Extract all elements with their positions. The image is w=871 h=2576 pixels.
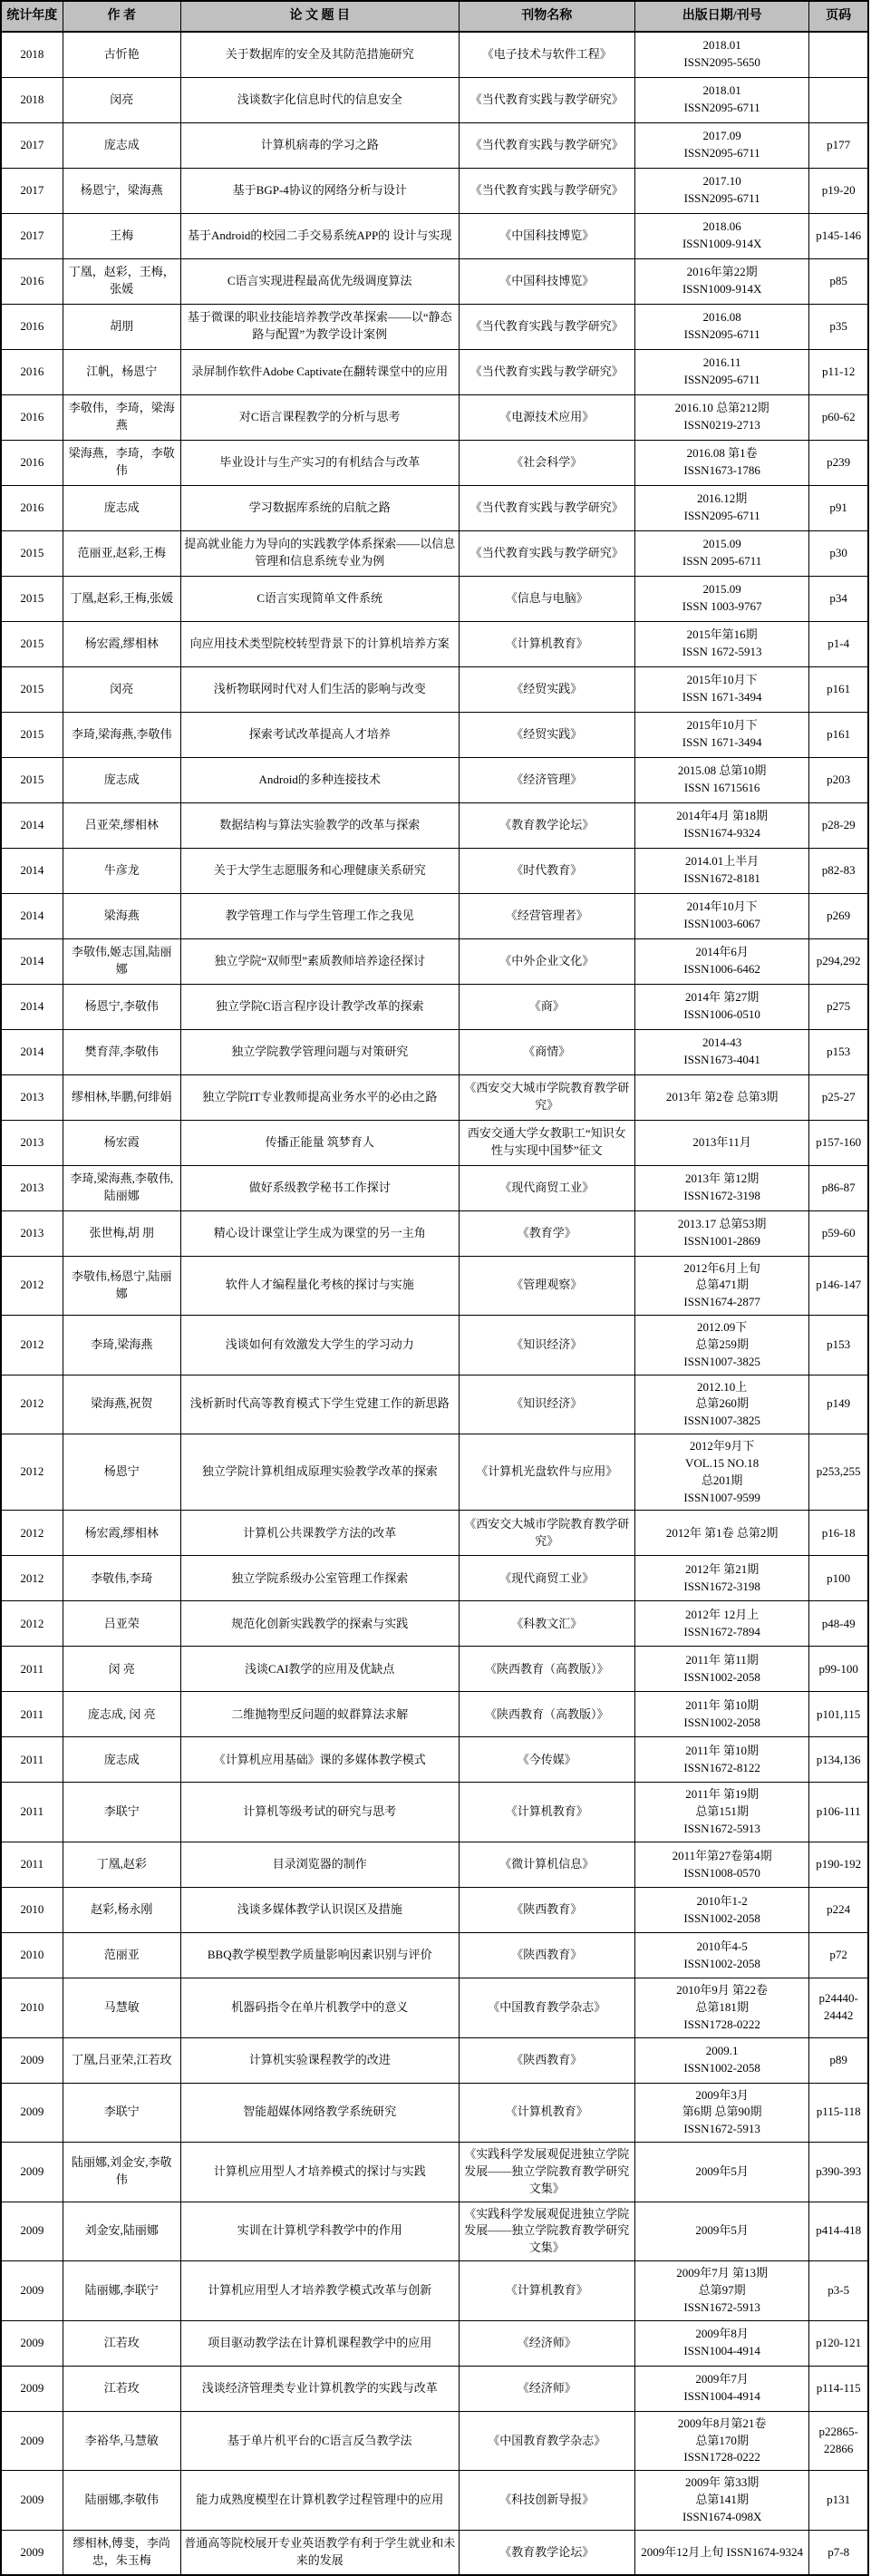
table-row: 2012 吕亚荣 规范化创新实践教学的探索与实践 《科教文汇》 2012年 12… <box>1 1601 868 1647</box>
cell-pubdate: 2015.09 ISSN 2095-6711 <box>634 530 808 576</box>
table-row: 2014 吕亚荣,缪相林 数据结构与算法实验教学的改革与探索 《教育教学论坛》 … <box>1 802 868 848</box>
cell-authors: 王梅 <box>63 213 180 258</box>
cell-title: 对C语言课程教学的分析与思考 <box>180 394 459 440</box>
cell-pubdate: 2009年8月第21卷 总第170期 ISSN1728-0222 <box>634 2411 808 2471</box>
cell-authors: 范丽亚,赵彩,王梅 <box>63 530 180 576</box>
table-row: 2009 江若玫 浅谈经济管理类专业计算机教学的实践与改革 《经济师》 2009… <box>1 2366 868 2411</box>
cell-title: C语言实现进程最高优先级调度算法 <box>180 258 459 304</box>
cell-authors: 闵亮 <box>63 77 180 122</box>
cell-title: 计算机等级考试的研究与思考 <box>180 1783 459 1842</box>
cell-pages: p203 <box>809 757 868 802</box>
cell-title: 能力成熟度模型在计算机教学过程管理中的应用 <box>180 2471 459 2531</box>
cell-pages: p153 <box>809 1029 868 1074</box>
cell-title: 浅谈CAI教学的应用及优缺点 <box>180 1647 459 1692</box>
cell-year: 2010 <box>1 1933 63 1978</box>
cell-year: 2010 <box>1 1888 63 1933</box>
cell-authors: 杨恩宁,李敬伟 <box>63 984 180 1029</box>
cell-journal: 《当代教育实践与教学研究》 <box>459 485 634 530</box>
cell-title: 浅析物联网时代对人们生活的影响与改变 <box>180 666 459 712</box>
cell-title: 教学管理工作与学生管理工作之我见 <box>180 893 459 938</box>
cell-year: 2011 <box>1 1842 63 1888</box>
cell-pubdate: 2016.08 第1卷 ISSN1673-1786 <box>634 440 808 485</box>
cell-authors: 张世梅,胡 朋 <box>63 1210 180 1256</box>
cell-year: 2016 <box>1 304 63 349</box>
cell-journal: 《中国科技博览》 <box>459 213 634 258</box>
table-row: 2015 闵亮 浅析物联网时代对人们生活的影响与改变 《经贸实践》 2015年1… <box>1 666 868 712</box>
cell-pubdate: 2015年第16期 ISSN 1672-5913 <box>634 621 808 666</box>
table-row: 2009 陆丽娜,刘金安,李敬伟 计算机应用型人才培养模式的探讨与实践 《实践科… <box>1 2143 868 2202</box>
cell-year: 2012 <box>1 1511 63 1556</box>
table-row: 2010 马慧敏 机器码指令在单片机教学中的意义 《中国教育教学杂志》 2010… <box>1 1978 868 2038</box>
cell-pubdate: 2011年 第11期 ISSN1002-2058 <box>634 1647 808 1692</box>
cell-pubdate: 2011年 第10期 ISSN1002-2058 <box>634 1692 808 1737</box>
cell-journal: 《当代教育实践与教学研究》 <box>459 122 634 168</box>
cell-title: 独立学院计算机组成原理实验教学改革的探索 <box>180 1434 459 1511</box>
cell-title: 基于Android的校园二手交易系统APP的 设计与实现 <box>180 213 459 258</box>
cell-journal: 《商》 <box>459 984 634 1029</box>
cell-title: 智能超媒体网络教学系统研究 <box>180 2083 459 2143</box>
column-header-journal: 刊物名称 <box>459 1 634 32</box>
cell-year: 2013 <box>1 1120 63 1165</box>
cell-journal: 《陕西教育》 <box>459 2037 634 2083</box>
cell-authors: 陆丽娜,李敬伟 <box>63 2471 180 2531</box>
cell-authors: 杨宏霞,缪相林 <box>63 1511 180 1556</box>
cell-journal: 《西安交大城市学院教育教学研究》 <box>459 1074 634 1120</box>
cell-authors: 牛彦龙 <box>63 848 180 893</box>
cell-title: 浅析新时代高等教育模式下学生党建工作的新思路 <box>180 1375 459 1434</box>
cell-title: 提高就业能力为导向的实践教学体系探索——以信息管理和信息系统专业为例 <box>180 530 459 576</box>
cell-journal: 《电子技术与软件工程》 <box>459 32 634 77</box>
cell-journal: 《经营管理者》 <box>459 893 634 938</box>
cell-title: 独立学院C语言程序设计教学改革的探索 <box>180 984 459 1029</box>
cell-year: 2016 <box>1 258 63 304</box>
cell-title: 软件人才编程量化考核的探讨与实施 <box>180 1256 459 1316</box>
cell-journal: 《知识经济》 <box>459 1375 634 1434</box>
cell-title: 目录浏览器的制作 <box>180 1842 459 1888</box>
cell-pubdate: 2009.1 ISSN1002-2058 <box>634 2037 808 2083</box>
cell-authors: 梁海燕,祝贺 <box>63 1375 180 1434</box>
cell-pubdate: 2017.10 ISSN2095-6711 <box>634 168 808 213</box>
cell-year: 2018 <box>1 32 63 77</box>
cell-pages: p269 <box>809 893 868 938</box>
cell-journal: 《今传媒》 <box>459 1737 634 1783</box>
cell-pubdate: 2012.09下 总第259期 ISSN1007-3825 <box>634 1316 808 1375</box>
cell-pubdate: 2018.06 ISSN1009-914X <box>634 213 808 258</box>
cell-year: 2016 <box>1 485 63 530</box>
cell-title: 录屏制作软件Adobe Captivate在翻转课堂中的应用 <box>180 349 459 394</box>
cell-pubdate: 2012年6月上旬 总第471期 ISSN1674-2877 <box>634 1256 808 1316</box>
cell-pages: p177 <box>809 122 868 168</box>
table-row: 2014 李敬伟,姬志国,陆丽娜 独立学院“双师型”素质教师培养途径探讨 《中外… <box>1 938 868 984</box>
table-row: 2011 闵 亮 浅谈CAI教学的应用及优缺点 《陕西教育（高教版）》 2011… <box>1 1647 868 1692</box>
cell-pages <box>809 77 868 122</box>
cell-pages: p190-192 <box>809 1842 868 1888</box>
cell-pages: p145-146 <box>809 213 868 258</box>
cell-pages: p82-83 <box>809 848 868 893</box>
cell-authors: 丁凰,赵彩 <box>63 1842 180 1888</box>
cell-authors: 胡朋 <box>63 304 180 349</box>
cell-pubdate: 2018.01 ISSN2095-5650 <box>634 32 808 77</box>
cell-pages: p25-27 <box>809 1074 868 1120</box>
table-body: 2018 古忻艳 关于数据库的安全及其防范措施研究 《电子技术与软件工程》 20… <box>1 32 868 2575</box>
cell-pubdate: 2013年11月 <box>634 1120 808 1165</box>
table-row: 2016 梁海燕，李琦，李敬伟 毕业设计与生产实习的有机结合与改革 《社会科学》… <box>1 440 868 485</box>
cell-pages: p153 <box>809 1316 868 1375</box>
cell-year: 2016 <box>1 349 63 394</box>
cell-journal: 《计算机教育》 <box>459 2083 634 2143</box>
table-row: 2009 江若玫 项目驱动教学法在计算机课程教学中的应用 《经济师》 2009年… <box>1 2320 868 2366</box>
cell-journal: 《教育教学论坛》 <box>459 802 634 848</box>
cell-pages: p275 <box>809 984 868 1029</box>
cell-journal: 《陕西教育（高教版）》 <box>459 1692 634 1737</box>
cell-journal: 《科教文汇》 <box>459 1601 634 1647</box>
cell-pubdate: 2009年7月 第13期 总第97期 ISSN1672-5913 <box>634 2261 808 2321</box>
cell-journal: 《陕西教育》 <box>459 1888 634 1933</box>
cell-year: 2009 <box>1 2143 63 2202</box>
cell-year: 2014 <box>1 984 63 1029</box>
cell-journal: 《中国教育教学杂志》 <box>459 1978 634 2038</box>
cell-pages: p91 <box>809 485 868 530</box>
table-row: 2009 丁凰,吕亚荣,江若玫 计算机实验课程教学的改进 《陕西教育》 2009… <box>1 2037 868 2083</box>
cell-title: BBQ教学模型教学质量影响因素识别与评价 <box>180 1933 459 1978</box>
cell-pubdate: 2016.11 ISSN2095-6711 <box>634 349 808 394</box>
cell-title: C语言实现简单文件系统 <box>180 576 459 621</box>
cell-title: 二维抛物型反问题的蚁群算法求解 <box>180 1692 459 1737</box>
table-row: 2013 张世梅,胡 朋 精心设计课堂让学生成为课堂的另一主角 《教育学》 20… <box>1 1210 868 1256</box>
cell-authors: 庞志成 <box>63 122 180 168</box>
table-row: 2017 王梅 基于Android的校园二手交易系统APP的 设计与实现 《中国… <box>1 213 868 258</box>
cell-title: Android的多种连接技术 <box>180 757 459 802</box>
cell-title: 计算机病毒的学习之路 <box>180 122 459 168</box>
cell-journal: 《计算机光盘软件与应用》 <box>459 1434 634 1511</box>
cell-title: 独立学院教学管理问题与对策研究 <box>180 1029 459 1074</box>
cell-year: 2014 <box>1 938 63 984</box>
cell-year: 2013 <box>1 1210 63 1256</box>
table-row: 2010 范丽亚 BBQ教学模型教学质量影响因素识别与评价 《陕西教育》 201… <box>1 1933 868 1978</box>
table-row: 2017 杨恩宁，梁海燕 基于BGP-4协议的网络分析与设计 《当代教育实践与教… <box>1 168 868 213</box>
cell-title: 独立学院IT专业教师提高业务水平的必由之路 <box>180 1074 459 1120</box>
table-row: 2014 梁海燕 教学管理工作与学生管理工作之我见 《经营管理者》 2014年1… <box>1 893 868 938</box>
cell-pubdate: 2013年 第2卷 总第3期 <box>634 1074 808 1120</box>
cell-authors: 古忻艳 <box>63 32 180 77</box>
cell-year: 2009 <box>1 2530 63 2575</box>
cell-year: 2014 <box>1 893 63 938</box>
cell-pubdate: 2018.01 ISSN2095-6711 <box>634 77 808 122</box>
cell-title: 关于大学生志愿服务和心理健康关系研究 <box>180 848 459 893</box>
cell-authors: 闵 亮 <box>63 1647 180 1692</box>
cell-year: 2014 <box>1 1029 63 1074</box>
table-row: 2011 庞志成, 闵 亮 二维抛物型反问题的蚁群算法求解 《陕西教育（高教版）… <box>1 1692 868 1737</box>
cell-year: 2015 <box>1 712 63 757</box>
cell-authors: 刘金安,陆丽娜 <box>63 2202 180 2261</box>
cell-journal: 《实践科学发展观促进独立学院发展——独立学院教育教学研究文集》 <box>459 2143 634 2202</box>
cell-journal: 《教育学》 <box>459 1210 634 1256</box>
cell-title: 计算机应用型人才培养模式的探讨与实践 <box>180 2143 459 2202</box>
cell-authors: 杨宏霞 <box>63 1120 180 1165</box>
cell-pubdate: 2009年5月 <box>634 2143 808 2202</box>
cell-year: 2009 <box>1 2366 63 2411</box>
cell-pubdate: 2010年4-5 ISSN1002-2058 <box>634 1933 808 1978</box>
cell-year: 2017 <box>1 168 63 213</box>
cell-year: 2015 <box>1 576 63 621</box>
cell-journal: 《经贸实践》 <box>459 712 634 757</box>
cell-pages: p35 <box>809 304 868 349</box>
cell-pubdate: 2012年9月下 VOL.15 NO.18 总201期 ISSN1007-959… <box>634 1434 808 1511</box>
cell-pages: p390-393 <box>809 2143 868 2202</box>
cell-journal: 《中国教育教学杂志》 <box>459 2411 634 2471</box>
cell-pubdate: 2009年8月 ISSN1004-4914 <box>634 2320 808 2366</box>
cell-authors: 李裕华,马慧敏 <box>63 2411 180 2471</box>
cell-title: 毕业设计与生产实习的有机结合与改革 <box>180 440 459 485</box>
table-row: 2014 杨恩宁,李敬伟 独立学院C语言程序设计教学改革的探索 《商》 2014… <box>1 984 868 1029</box>
column-header-authors: 作 者 <box>63 1 180 32</box>
cell-title: 计算机公共课教学方法的改革 <box>180 1511 459 1556</box>
table-row: 2015 杨宏霞,缪相林 向应用技术类型院校转型背景下的计算机培养方案 《计算机… <box>1 621 868 666</box>
table-row: 2012 李敬伟,李琦 独立学院系级办公室管理工作探索 《现代商贸工业》 201… <box>1 1556 868 1601</box>
cell-pubdate: 2010年1-2 ISSN1002-2058 <box>634 1888 808 1933</box>
cell-year: 2009 <box>1 2037 63 2083</box>
cell-year: 2012 <box>1 1556 63 1601</box>
cell-pages: p7-8 <box>809 2530 868 2575</box>
cell-journal: 《现代商贸工业》 <box>459 1556 634 1601</box>
cell-pages: p106-111 <box>809 1783 868 1842</box>
cell-title: 计算机实验课程教学的改进 <box>180 2037 459 2083</box>
cell-pages: p24440-24442 <box>809 1978 868 2038</box>
table-row: 2014 樊育萍,李敬伟 独立学院教学管理问题与对策研究 《商情》 2014-4… <box>1 1029 868 1074</box>
cell-year: 2011 <box>1 1647 63 1692</box>
cell-year: 2013 <box>1 1074 63 1120</box>
cell-authors: 李敬伟，李琦，梁海燕 <box>63 394 180 440</box>
cell-journal: 《经济师》 <box>459 2320 634 2366</box>
cell-journal: 西安交通大学女教职工“知识女性与实现中国梦”征文 <box>459 1120 634 1165</box>
cell-pages <box>809 32 868 77</box>
cell-journal: 《陕西教育（高教版）》 <box>459 1647 634 1692</box>
cell-year: 2015 <box>1 666 63 712</box>
cell-title: 数据结构与算法实验教学的改革与探索 <box>180 802 459 848</box>
cell-journal: 《中外企业文化》 <box>459 938 634 984</box>
cell-year: 2016 <box>1 440 63 485</box>
cell-authors: 李联宁 <box>63 2083 180 2143</box>
table-row: 2010 赵彩,杨永刚 浅谈多媒体教学认识误区及措施 《陕西教育》 2010年1… <box>1 1888 868 1933</box>
cell-authors: 丁凰，赵彩，王梅，张媛 <box>63 258 180 304</box>
cell-journal: 《微计算机信息》 <box>459 1842 634 1888</box>
cell-authors: 李敬伟,李琦 <box>63 1556 180 1601</box>
cell-authors: 吕亚荣,缪相林 <box>63 802 180 848</box>
cell-journal: 《经贸实践》 <box>459 666 634 712</box>
cell-pages: p99-100 <box>809 1647 868 1692</box>
cell-pages: p22865-22866 <box>809 2411 868 2471</box>
cell-journal: 《计算机教育》 <box>459 621 634 666</box>
cell-year: 2012 <box>1 1316 63 1375</box>
table-row: 2012 杨恩宁 独立学院计算机组成原理实验教学改革的探索 《计算机光盘软件与应… <box>1 1434 868 1511</box>
cell-pages: p294,292 <box>809 938 868 984</box>
cell-pages: p161 <box>809 712 868 757</box>
cell-year: 2014 <box>1 848 63 893</box>
cell-pages: p149 <box>809 1375 868 1434</box>
cell-pubdate: 2016.08 ISSN2095-6711 <box>634 304 808 349</box>
cell-authors: 樊育萍,李敬伟 <box>63 1029 180 1074</box>
table-row: 2015 庞志成 Android的多种连接技术 《经济管理》 2015.08 总… <box>1 757 868 802</box>
cell-authors: 杨恩宁，梁海燕 <box>63 168 180 213</box>
cell-pubdate: 2012年 第1卷 总第2期 <box>634 1511 808 1556</box>
cell-authors: 庞志成, 闵 亮 <box>63 1692 180 1737</box>
cell-year: 2015 <box>1 757 63 802</box>
column-header-year: 统计年度 <box>1 1 63 32</box>
header-row: 统计年度 作 者 论 文 题 目 刊物名称 出版日期/刊号 页码 <box>1 1 868 32</box>
cell-year: 2009 <box>1 2083 63 2143</box>
cell-journal: 《管理观察》 <box>459 1256 634 1316</box>
cell-pubdate: 2012.10上 总第260期 ISSN1007-3825 <box>634 1375 808 1434</box>
cell-pubdate: 2014年6月 ISSN1006-6462 <box>634 938 808 984</box>
cell-authors: 江若玫 <box>63 2366 180 2411</box>
cell-year: 2009 <box>1 2471 63 2531</box>
table-row: 2017 庞志成 计算机病毒的学习之路 《当代教育实践与教学研究》 2017.0… <box>1 122 868 168</box>
cell-pages: p414-418 <box>809 2202 868 2261</box>
cell-pages: p239 <box>809 440 868 485</box>
cell-pages: p59-60 <box>809 1210 868 1256</box>
cell-pages: p146-147 <box>809 1256 868 1316</box>
cell-title: 独立学院系级办公室管理工作探索 <box>180 1556 459 1601</box>
cell-authors: 杨宏霞,缪相林 <box>63 621 180 666</box>
table-row: 2009 李裕华,马慧敏 基于单片机平台的C语言反刍教学法 《中国教育教学杂志》… <box>1 2411 868 2471</box>
cell-pubdate: 2009年12月上旬 ISSN1674-9324 <box>634 2530 808 2575</box>
cell-journal: 《时代教育》 <box>459 848 634 893</box>
cell-pages: p114-115 <box>809 2366 868 2411</box>
cell-authors: 缪相林,傅斐，李尚忠，朱玉梅 <box>63 2530 180 2575</box>
table-row: 2009 李联宁 智能超媒体网络教学系统研究 《计算机教育》 2009年3月 第… <box>1 2083 868 2143</box>
cell-authors: 丁凰,赵彩,王梅,张媛 <box>63 576 180 621</box>
cell-pubdate: 2012年 第21期 ISSN1672-3198 <box>634 1556 808 1601</box>
cell-pubdate: 2010年9月 第22卷 总第181期 ISSN1728-0222 <box>634 1978 808 2038</box>
table-row: 2016 李敬伟，李琦，梁海燕 对C语言课程教学的分析与思考 《电源技术应用》 … <box>1 394 868 440</box>
cell-journal: 《经济管理》 <box>459 757 634 802</box>
cell-journal: 《陕西教育》 <box>459 1933 634 1978</box>
column-header-pages: 页码 <box>809 1 868 32</box>
cell-pages: p224 <box>809 1888 868 1933</box>
cell-pubdate: 2014年4月 第18期 ISSN1674-9324 <box>634 802 808 848</box>
cell-authors: 闵亮 <box>63 666 180 712</box>
cell-pubdate: 2009年 第33期 总第141期 ISSN1674-098X <box>634 2471 808 2531</box>
cell-title: 规范化创新实践教学的探索与实践 <box>180 1601 459 1647</box>
cell-year: 2011 <box>1 1737 63 1783</box>
cell-pubdate: 2009年7月 ISSN1004-4914 <box>634 2366 808 2411</box>
cell-year: 2012 <box>1 1434 63 1511</box>
cell-journal: 《当代教育实践与教学研究》 <box>459 530 634 576</box>
cell-authors: 陆丽娜,李联宁 <box>63 2261 180 2321</box>
cell-authors: 范丽亚 <box>63 1933 180 1978</box>
cell-journal: 《经济师》 <box>459 2366 634 2411</box>
cell-journal: 《西安交大城市学院教育教学研究》 <box>459 1511 634 1556</box>
cell-pubdate: 2015.08 总第10期 ISSN 16715616 <box>634 757 808 802</box>
cell-year: 2015 <box>1 621 63 666</box>
cell-title: 精心设计课堂让学生成为课堂的另一主角 <box>180 1210 459 1256</box>
cell-pages: p60-62 <box>809 394 868 440</box>
table-row: 2012 梁海燕,祝贺 浅析新时代高等教育模式下学生党建工作的新思路 《知识经济… <box>1 1375 868 1434</box>
cell-pages: p1-4 <box>809 621 868 666</box>
cell-pages: p131 <box>809 2471 868 2531</box>
cell-title: 独立学院“双师型”素质教师培养途径探讨 <box>180 938 459 984</box>
cell-pages: p86-87 <box>809 1165 868 1210</box>
cell-year: 2011 <box>1 1783 63 1842</box>
cell-authors: 丁凰,吕亚荣,江若玫 <box>63 2037 180 2083</box>
table-row: 2009 缪相林,傅斐，李尚忠，朱玉梅 普通高等院校展开专业英语教学有利于学生就… <box>1 2530 868 2575</box>
table-row: 2012 杨宏霞,缪相林 计算机公共课教学方法的改革 《西安交大城市学院教育教学… <box>1 1511 868 1556</box>
table-row: 2014 牛彦龙 关于大学生志愿服务和心理健康关系研究 《时代教育》 2014.… <box>1 848 868 893</box>
cell-year: 2013 <box>1 1165 63 1210</box>
cell-authors: 梁海燕，李琦，李敬伟 <box>63 440 180 485</box>
cell-title: 普通高等院校展开专业英语教学有利于学生就业和未来的发展 <box>180 2530 459 2575</box>
cell-authors: 陆丽娜,刘金安,李敬伟 <box>63 2143 180 2202</box>
cell-journal: 《当代教育实践与教学研究》 <box>459 304 634 349</box>
cell-pages: p48-49 <box>809 1601 868 1647</box>
cell-pages: p101,115 <box>809 1692 868 1737</box>
cell-year: 2016 <box>1 394 63 440</box>
cell-authors: 马慧敏 <box>63 1978 180 2038</box>
cell-title: 《计算机应用基础》课的多媒体教学模式 <box>180 1737 459 1783</box>
table-row: 2011 丁凰,赵彩 目录浏览器的制作 《微计算机信息》 2011年第27卷第4… <box>1 1842 868 1888</box>
cell-journal: 《知识经济》 <box>459 1316 634 1375</box>
cell-pubdate: 2009年3月 第6期 总第90期 ISSN1672-5913 <box>634 2083 808 2143</box>
cell-authors: 李琦,梁海燕,李敬伟 <box>63 712 180 757</box>
cell-pubdate: 2013年 第12期 ISSN1672-3198 <box>634 1165 808 1210</box>
cell-authors: 李敬伟,杨恩宁,陆丽娜 <box>63 1256 180 1316</box>
cell-title: 机器码指令在单片机教学中的意义 <box>180 1978 459 2038</box>
cell-title: 计算机应用型人才培养教学模式改革与创新 <box>180 2261 459 2321</box>
table-row: 2015 范丽亚,赵彩,王梅 提高就业能力为导向的实践教学体系探索——以信息管理… <box>1 530 868 576</box>
cell-journal: 《实践科学发展观促进独立学院发展——独立学院教育教学研究文集》 <box>459 2202 634 2261</box>
cell-pages: p134,136 <box>809 1737 868 1783</box>
cell-pubdate: 2014.01上半月 ISSN1672-8181 <box>634 848 808 893</box>
cell-journal: 《电源技术应用》 <box>459 394 634 440</box>
cell-pubdate: 2015年10月下 ISSN 1671-3494 <box>634 666 808 712</box>
cell-authors: 江若玫 <box>63 2320 180 2366</box>
cell-pubdate: 2015年10月下 ISSN 1671-3494 <box>634 712 808 757</box>
table-row: 2009 陆丽娜,李敬伟 能力成熟度模型在计算机教学过程管理中的应用 《科技创新… <box>1 2471 868 2531</box>
table-row: 2011 庞志成 《计算机应用基础》课的多媒体教学模式 《今传媒》 2011年 … <box>1 1737 868 1783</box>
cell-year: 2011 <box>1 1692 63 1737</box>
cell-authors: 庞志成 <box>63 1737 180 1783</box>
cell-journal: 《当代教育实践与教学研究》 <box>459 168 634 213</box>
cell-authors: 庞志成 <box>63 757 180 802</box>
cell-pages: p3-5 <box>809 2261 868 2321</box>
cell-pages: p89 <box>809 2037 868 2083</box>
cell-journal: 《现代商贸工业》 <box>459 1165 634 1210</box>
cell-year: 2009 <box>1 2202 63 2261</box>
column-header-pubdate: 出版日期/刊号 <box>634 1 808 32</box>
table-row: 2013 缪相林,毕鹏,何绯娟 独立学院IT专业教师提高业务水平的必由之路 《西… <box>1 1074 868 1120</box>
cell-journal: 《教育教学论坛》 <box>459 2530 634 2575</box>
cell-pubdate: 2016.12期 ISSN2095-6711 <box>634 485 808 530</box>
cell-authors: 李联宁 <box>63 1783 180 1842</box>
cell-title: 项目驱动教学法在计算机课程教学中的应用 <box>180 2320 459 2366</box>
cell-pages: p115-118 <box>809 2083 868 2143</box>
cell-year: 2009 <box>1 2261 63 2321</box>
cell-pages: p100 <box>809 1556 868 1601</box>
table-row: 2015 丁凰,赵彩,王梅,张媛 C语言实现简单文件系统 《信息与电脑》 201… <box>1 576 868 621</box>
cell-pages: p120-121 <box>809 2320 868 2366</box>
table-row: 2016 江帆，杨恩宁 录屏制作软件Adobe Captivate在翻转课堂中的… <box>1 349 868 394</box>
table-row: 2018 闵亮 浅谈数字化信息时代的信息安全 《当代教育实践与教学研究》 201… <box>1 77 868 122</box>
table-row: 2009 刘金安,陆丽娜 实训在计算机学科教学中的作用 《实践科学发展观促进独立… <box>1 2202 868 2261</box>
cell-title: 实训在计算机学科教学中的作用 <box>180 2202 459 2261</box>
cell-journal: 《社会科学》 <box>459 440 634 485</box>
cell-title: 传播正能量 筑梦育人 <box>180 1120 459 1165</box>
cell-pages: p85 <box>809 258 868 304</box>
cell-pages: p11-12 <box>809 349 868 394</box>
table-row: 2011 李联宁 计算机等级考试的研究与思考 《计算机教育》 2011年 第19… <box>1 1783 868 1842</box>
cell-pubdate: 2011年 第10期 ISSN1672-8122 <box>634 1737 808 1783</box>
table-row: 2015 李琦,梁海燕,李敬伟 探索考试改革提高人才培养 《经贸实践》 2015… <box>1 712 868 757</box>
